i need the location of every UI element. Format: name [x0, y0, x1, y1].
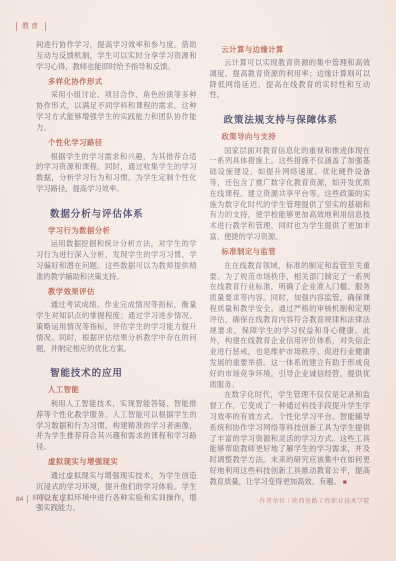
left-column: 间进行协作学习，提高学习效率和参与度。借助互动与反馈机制，学生可以实时分享学习资…: [36, 40, 197, 514]
paragraph: 利用人工智能技术，实现智能答疑、智能推荐等个性化教学服务。人工智能可以根据学生的…: [36, 399, 197, 453]
paragraph: 通过虚拟现实与增强现实技术，为学生创造沉浸式的学习环境，提升他们的学习体验。学生…: [36, 471, 197, 514]
sub-heading: 个性化学习路径: [48, 137, 197, 148]
section-heading: 智能技术的应用: [50, 365, 197, 379]
page-footer: 84 科学之友: [16, 495, 63, 503]
article-body: 间进行协作学习，提高学习效率和参与度。借助互动与反馈机制，学生可以实时分享学习资…: [36, 40, 370, 514]
journal-name: 科学之友: [27, 495, 63, 503]
paragraph: 国家层面对教育信息化的重视和推进体现在一系列具体措施上。这些措施不仅涵盖了加强基…: [210, 146, 371, 243]
page-number: 84: [16, 496, 23, 503]
paragraph: 根据学生的学习需求和兴趣，为其推荐合适的学习资源和课程。同时，通过收集学生的学习…: [36, 152, 197, 195]
paragraph: 采用小组讨论、项目合作、角色扮演等多种协作形式，以满足不同学科和课程的需求。这种…: [36, 90, 197, 133]
sub-heading: 虚拟现实与增强现实: [48, 456, 197, 467]
paragraph: 在在线教育领域，标准的制定和监管至关重要。为了规范市场秩序，相关部门制定了一系列…: [210, 261, 371, 391]
category-tag: 教育: [16, 22, 46, 31]
sub-heading: 标准制定与监管: [222, 246, 371, 257]
sub-heading: 人工智能: [48, 384, 197, 395]
paragraph: 运用数据挖掘和统计分析方法，对学生的学习行为进行深入分析，发现学生的学习习惯、学…: [36, 239, 197, 282]
section-heading: 政策法规支持与保障体系: [224, 112, 371, 126]
paragraph-continued: 间进行协作学习，提高学习效率和参与度。借助互动与反馈机制，学生可以实时分享学习资…: [36, 40, 197, 72]
article-end-mark: ■: [343, 479, 347, 486]
magazine-page: 教育 间进行协作学习，提高学习效率和参与度。借助互动与反馈机制，学生可以实时分享…: [0, 0, 396, 561]
sub-heading: 教学效果评估: [48, 286, 197, 297]
author-line: 作者单位｜陕西铁路工程职业技术学院: [210, 496, 371, 505]
sub-heading: 学习行为数据分析: [48, 225, 197, 236]
paragraph: 云计算可以实现教育资源的集中管理和高效调度，提高教育资源的利用率；边缘计算则可以…: [210, 58, 371, 101]
sub-heading: 政策导向与支持: [222, 131, 371, 142]
right-column: 云计算与边缘计算云计算可以实现教育资源的集中管理和高效调度，提高教育资源的利用率…: [210, 40, 371, 514]
category-tag-label: 教育: [16, 22, 46, 31]
sub-heading: 多样化协作形式: [48, 76, 197, 87]
paragraph: 通过考试成绩、作业完成情况等指标，衡量学生对知识点的掌握程度；通过学习进步情况、…: [36, 300, 197, 354]
sub-heading: 云计算与边缘计算: [222, 44, 371, 55]
section-heading: 数据分析与评估体系: [50, 206, 197, 220]
paragraph: 在数字化时代，学生管理不仅仅是记录和监督工作，它变成了一种通过科技手段提升学生学…: [210, 390, 371, 488]
